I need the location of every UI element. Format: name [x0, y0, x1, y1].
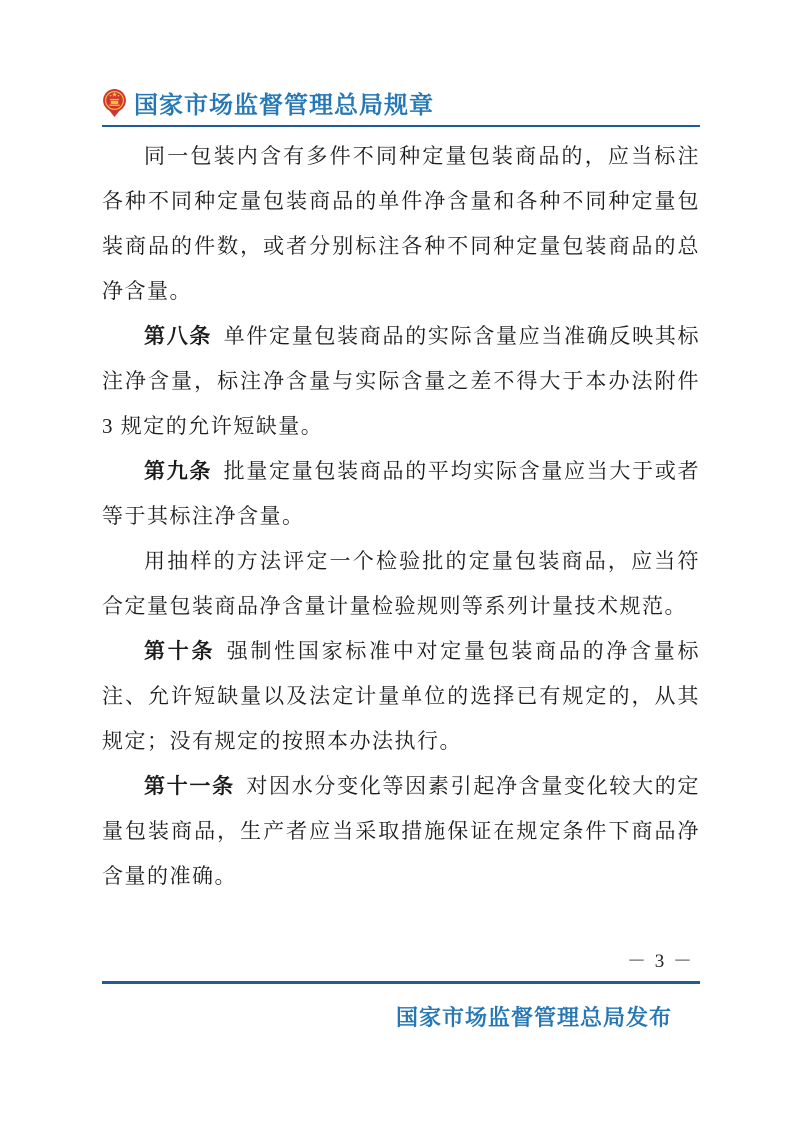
publisher-label: 国家市场监督管理总局发布: [102, 1001, 700, 1032]
footer-divider: [102, 981, 700, 984]
paragraph: 同一包装内含有多件不同种定量包装商品的，应当标注各种不同种定量包装商品的单件净含…: [102, 134, 700, 314]
page-number: － 3 －: [102, 946, 700, 973]
paragraph: 第十一条对因水分变化等因素引起净含量变化较大的定量包装商品，生产者应当采取措施保…: [102, 764, 700, 899]
paragraph: 用抽样的方法评定一个检验批的定量包装商品，应当符合定量包装商品净含量计量检验规则…: [102, 539, 700, 629]
article-label: 第十一条: [144, 775, 235, 798]
paragraph: 第十条强制性国家标准中对定量包装商品的净含量标注、允许短缺量以及法定计量单位的选…: [102, 629, 700, 764]
document-body: 同一包装内含有多件不同种定量包装商品的，应当标注各种不同种定量包装商品的单件净含…: [102, 134, 700, 899]
paragraph: 第八条单件定量包装商品的实际含量应当准确反映其标注净含量，标注净含量与实际含量之…: [102, 314, 700, 449]
national-emblem-icon: [102, 88, 127, 117]
document-page: 国家市场监督管理总局规章 同一包装内含有多件不同种定量包装商品的，应当标注各种不…: [0, 0, 793, 1122]
article-label: 第八条: [144, 325, 212, 348]
paragraph-text: 用抽样的方法评定一个检验批的定量包装商品，应当符合定量包装商品净含量计量检验规则…: [102, 549, 700, 618]
paragraph: 第九条批量定量包装商品的平均实际含量应当大于或者等于其标注净含量。: [102, 449, 700, 539]
paragraph-text: 同一包装内含有多件不同种定量包装商品的，应当标注各种不同种定量包装商品的单件净含…: [102, 144, 700, 303]
header-title: 国家市场监督管理总局规章: [134, 85, 434, 120]
header-divider: [102, 125, 700, 127]
page-header: 国家市场监督管理总局规章: [102, 85, 700, 120]
article-label: 第十条: [144, 640, 215, 663]
article-label: 第九条: [144, 460, 212, 483]
